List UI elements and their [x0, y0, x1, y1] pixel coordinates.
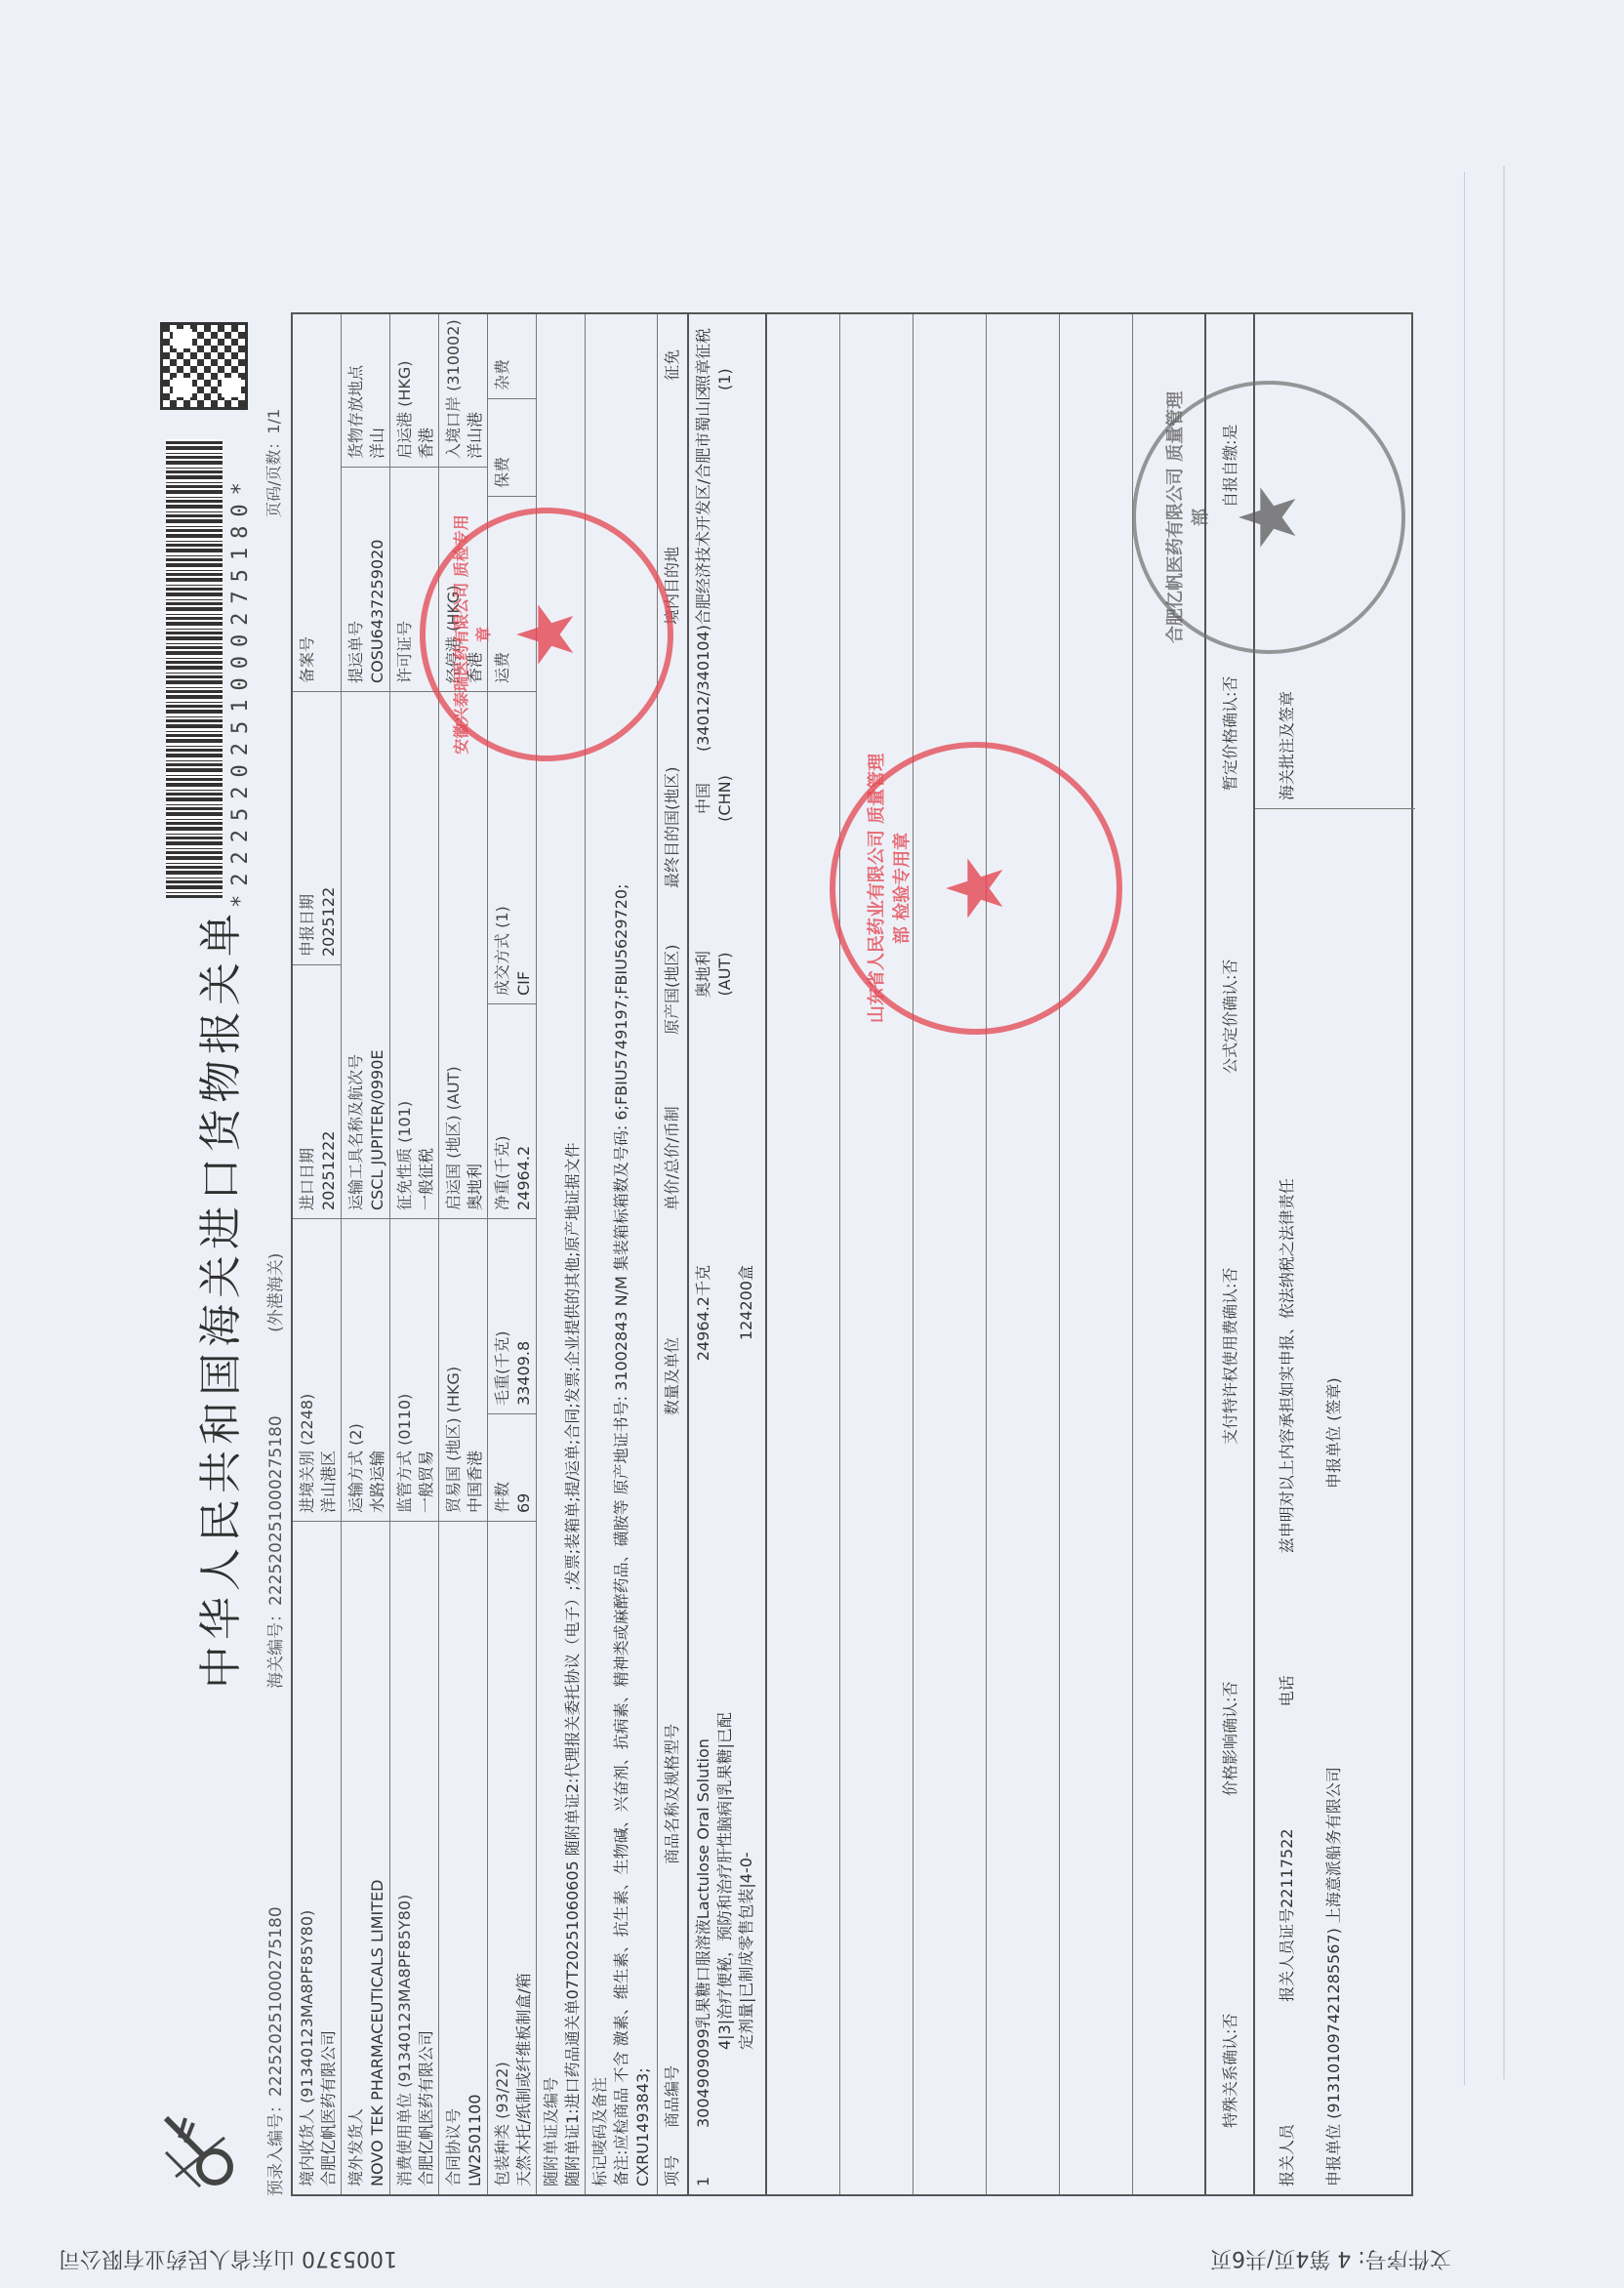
- table-row-empty: [987, 314, 1060, 2194]
- import-date-cell: 进口日期20251222: [293, 964, 341, 1218]
- bill-no-cell: 提运单号COSU6437259020: [342, 467, 389, 691]
- declaring-unit-seal: 申报单位 (签章): [1324, 1377, 1343, 1489]
- col-origin: 原产国(地区): [658, 906, 687, 1042]
- consumer-value: 合肥亿帆医药有限公司: [416, 1530, 437, 2186]
- net-weight-cell: 净重(千克)24964.2: [488, 1003, 536, 1218]
- declarant-line: 报关人员 报关人员证号22117522 电话 兹申明对以上内容承担如实申报、依法…: [1277, 817, 1298, 2186]
- quantity-cell: 24964.2千克 124200盒: [689, 1257, 765, 1452]
- declarant-label: 报关人员: [1278, 2124, 1296, 2186]
- col-tax: 征免: [658, 320, 687, 388]
- red-stamp-shandong: ★ 山东省人民药业有限公司 质量管理部 检验专用章: [830, 742, 1122, 1035]
- pieces-cell: 件数69: [488, 1413, 536, 1521]
- quantity-2: 124200盒: [736, 1265, 757, 1445]
- document-title: 中华人民共和国海关进口货物报关单: [185, 908, 248, 1689]
- goods-name-cell: 3004909099乳果糖口服溶液Lactulose Oral Solution…: [689, 1491, 765, 2136]
- insurance-cell: 保费: [488, 398, 536, 496]
- consignee-cell: 境内收货人 (91340123MA8PF85Y80)合肥亿帆医药有限公司: [293, 1521, 341, 2194]
- gross-weight-value: 33409.8: [513, 1227, 535, 1406]
- customs-no-value: 222520251000275180: [266, 1415, 286, 1606]
- domestic-dest-value: (34012/340104)合肥经济技术开发区/合肥市蜀山区: [693, 396, 714, 752]
- transport-mode-value: 水路运输: [367, 1227, 388, 1513]
- scan-edge: [1503, 166, 1505, 2079]
- declare-date-label: 申报日期: [297, 700, 318, 957]
- final-dest-value: 中国: [693, 767, 714, 830]
- tax-cell: 照章征税 (1): [689, 310, 765, 398]
- file-sequence: 文件序号: 4 第4页/共6页: [1210, 2245, 1451, 2275]
- form-row-shipper: 境外发货人NOVO TEK PHARMACEUTICALS LIMITED 运输…: [342, 314, 390, 2194]
- special-relation-confirm: 特殊关系确认:否: [1206, 1892, 1253, 2136]
- package-label: 包装种类 (93/22): [492, 1530, 513, 2186]
- consignee-label: 境内收货人 (91340123MA8PF85Y80): [297, 1530, 318, 2186]
- barcode-text: *222520251000275180*: [228, 473, 253, 908]
- transport-name-value: CSCL JUPITER/0990E: [367, 700, 388, 1210]
- entry-place-value: 洋山港: [465, 318, 486, 459]
- contract-cell: 合同协议号LW2501100: [439, 1521, 487, 2194]
- goods-name: 乳果糖口服溶液Lactulose Oral Solution: [694, 1738, 712, 2028]
- declare-date-value: 2025122: [318, 700, 340, 957]
- shipper-label: 境外发货人: [345, 1530, 367, 2186]
- transport-name-label: 运输工具名称及航次号: [345, 700, 367, 1210]
- declarant-id: 报关人员证号22117522: [1278, 1828, 1296, 2001]
- final-dest-code: (CHN): [714, 767, 736, 830]
- qr-code-icon: [160, 322, 248, 410]
- quantity-1: 24964.2千克: [693, 1265, 714, 1445]
- insurance-label: 保费: [492, 407, 513, 488]
- tax-nature-value: 一般征税: [416, 700, 437, 1210]
- misc-cell: 杂费: [488, 310, 536, 398]
- net-weight-label: 净重(千克): [492, 1012, 513, 1210]
- supervision-label: 监管方式 (0110): [394, 1227, 416, 1513]
- contract-value: LW2501100: [465, 1530, 486, 2186]
- tax-value: 照章征税: [693, 318, 714, 390]
- page-info: 页码/页数：1/1: [262, 409, 284, 517]
- scan-edge: [1464, 172, 1465, 2085]
- origin-value: 奥地利: [693, 933, 714, 1015]
- entry-place-cell: 入境口岸 (310002)洋山港: [439, 310, 487, 467]
- preentry-no-label: 预录入编号：: [266, 2097, 286, 2196]
- dest-port-value: 香港: [416, 318, 437, 459]
- supervision-cell: 监管方式 (0110)一般贸易: [390, 1218, 438, 1521]
- table-row-empty: [913, 314, 987, 2194]
- record-no-label: 备案号: [297, 318, 318, 683]
- trade-country-label: 贸易国 (地区) (HKG): [443, 1227, 465, 1513]
- item-no: 1: [689, 2155, 765, 2194]
- entry-port-value: 洋山港区: [318, 1227, 340, 1513]
- hs-code: 3004909099: [694, 2028, 712, 2128]
- star-icon: ★: [937, 853, 1015, 923]
- contract-label: 合同协议号: [443, 1530, 465, 2186]
- declare-date-cell: 申报日期2025122: [293, 691, 341, 964]
- star-icon: ★: [507, 599, 586, 670]
- shipper-value: NOVO TEK PHARMACEUTICALS LIMITED: [367, 1530, 388, 2186]
- col-quantity: 数量及单位: [658, 1287, 687, 1423]
- supervision-value: 一般贸易: [416, 1227, 437, 1513]
- gross-weight-label: 毛重(千克): [492, 1227, 513, 1406]
- customs-emblem-icon: [156, 2108, 244, 2196]
- dest-port-label: 启运港 (HKG): [394, 318, 416, 459]
- table-row: 1 3004909099乳果糖口服溶液Lactulose Oral Soluti…: [689, 314, 767, 2194]
- preentry-no-value: 222520251000275180: [266, 1906, 286, 2097]
- tax-nature-cell: 征免性质 (101)一般征税: [390, 691, 438, 1218]
- star-icon: ★: [1230, 482, 1308, 552]
- trade-country-cell: 贸易国 (地区) (HKG)中国香港: [439, 1218, 487, 1521]
- col-name-spec: 商品名称及规格型号: [658, 1618, 687, 1872]
- form-row-consignee: 境内收货人 (91340123MA8PF85Y80)合肥亿帆医药有限公司 进境关…: [293, 314, 342, 2194]
- declaration-statement: 兹申明对以上内容承担如实申报、依法纳税之法律责任: [1278, 1178, 1296, 1553]
- shipper-cell: 境外发货人NOVO TEK PHARMACEUTICALS LIMITED: [342, 1521, 389, 2194]
- stamp-text: 安徽兴泰瑞医药有限公司 质检专用章: [449, 513, 494, 756]
- declarant-cell: 报关人员 报关人员证号22117522 电话 兹申明对以上内容承担如实申报、依法…: [1255, 808, 1415, 2194]
- transport-name-cell: 运输工具名称及航次号CSCL JUPITER/0990E: [342, 691, 389, 1218]
- formula-pricing-confirm: 公式定价确认:否: [1206, 838, 1253, 1082]
- col-price: 单价/总价/币制: [658, 1062, 687, 1218]
- customs-declaration-sheet: 中华人民共和国海关进口货物报关单 *222520251000275180* 页码…: [146, 283, 1444, 2235]
- col-final-dest: 最终目的国(地区): [658, 720, 687, 896]
- table-row-empty: [840, 314, 913, 2194]
- spec-line-1: 4|3|治疗便秘，预防和治疗肝性脑病|乳果糖|已配: [714, 1499, 736, 2128]
- final-dest-cell: 中国 (CHN): [689, 759, 765, 838]
- table-row-empty: [767, 314, 840, 2194]
- net-weight-value: 24964.2: [513, 1012, 535, 1210]
- pieces-value: 69: [513, 1422, 535, 1513]
- grey-stamp-quality: ★ 合肥亿帆医药有限公司 质量管理部: [1132, 381, 1405, 654]
- barcode: [166, 439, 223, 898]
- title-row: 中华人民共和国海关进口货物报关单 *222520251000275180* 页码…: [146, 283, 293, 2235]
- preentry-no: 预录入编号：222520251000275180: [262, 1906, 286, 2196]
- bill-no-label: 提运单号: [345, 475, 367, 683]
- pieces-label: 件数: [492, 1422, 513, 1513]
- royalty-confirm: 支付特许权使用费确认:否: [1206, 1160, 1253, 1452]
- declaring-unit: 申报单位 (91310109742128556​7) 上海意派船务有限公司: [1324, 1767, 1343, 2186]
- transport-mode-cell: 运输方式 (2)水路运输: [342, 1218, 389, 1521]
- bill-no-value: COSU6437259020: [367, 475, 388, 683]
- tax-code: (1): [714, 318, 736, 390]
- customs-office-note: (外港海关): [266, 1253, 286, 1332]
- phone-label: 电话: [1278, 1675, 1296, 1706]
- transport-mode-label: 运输方式 (2): [345, 1227, 367, 1513]
- origin-country-cell: 启运国 (地区) (AUT)奥地利: [439, 691, 487, 1218]
- domestic-dest-cell: (34012/340104)合肥经济技术开发区/合肥市蜀山区: [689, 388, 765, 759]
- origin-cell: 奥地利 (AUT): [689, 925, 765, 1023]
- license-no-label: 许可证号: [394, 475, 416, 683]
- table-row-empty: [1060, 314, 1133, 2194]
- customs-no: 海关编号：222520251000275180 (外港海关): [262, 1253, 286, 1689]
- cargo-location-label: 货物存放地点: [345, 318, 367, 459]
- package-cell: 包装种类 (93/22)天然木托/纸制或纤维板制盒/箱: [488, 1521, 536, 2194]
- consumer-cell: 消费使用单位 (91340123MA8PF85Y80)合肥亿帆医药有限公司: [390, 1521, 438, 2194]
- origin-code: (AUT): [714, 933, 736, 1015]
- import-date-label: 进口日期: [297, 973, 318, 1210]
- entry-port-label: 进境关别 (2248): [297, 1227, 318, 1513]
- misc-label: 杂费: [492, 318, 513, 390]
- hs-and-name: 3004909099乳果糖口服溶液Lactulose Oral Solution: [693, 1499, 714, 2128]
- dest-port-cell: 启运港 (HKG)香港: [390, 310, 438, 467]
- red-stamp-anhui: ★ 安徽兴泰瑞医药有限公司 质检专用章: [420, 508, 673, 761]
- stamp-text: 山东省人民药业有限公司 质量管理部 检验专用章: [863, 748, 913, 1029]
- declaring-unit-line: 申报单位 (91310109742128556​7) 上海意派船务有限公司 申报…: [1323, 817, 1345, 2186]
- origin-country-label: 启运国 (地区) (AUT): [443, 700, 465, 1210]
- col-hs-code: 商品编号: [658, 2019, 687, 2136]
- consignee-value: 合肥亿帆医药有限公司: [318, 1530, 340, 2186]
- col-item-no: 项号: [658, 2136, 687, 2194]
- tax-nature-label: 征免性质 (101): [394, 700, 416, 1210]
- cargo-location-cell: 货物存放地点洋山: [342, 310, 389, 467]
- entry-place-label: 入境口岸 (310002): [443, 318, 465, 459]
- import-date-value: 20251222: [318, 973, 340, 1210]
- origin-country-value: 奥地利: [465, 700, 486, 1210]
- spec-line-2: 定剂量|已制成零售包装|4-0-: [736, 1499, 757, 2128]
- record-no-cell: 备案号: [293, 310, 341, 691]
- trade-country-value: 中国香港: [465, 1227, 486, 1513]
- cargo-location-value: 洋山: [367, 318, 388, 459]
- customs-no-label: 海关编号：: [266, 1606, 286, 1689]
- gross-weight-cell: 毛重(千克)33409.8: [488, 1218, 536, 1413]
- package-value: 天然木托/纸制或纤维板制盒/箱: [513, 1530, 535, 2186]
- consumer-label: 消费使用单位 (91340123MA8PF85Y80): [394, 1530, 416, 2186]
- stamp-text: 合肥亿帆医药有限公司 质量管理部: [1161, 385, 1212, 650]
- company-footer: 1005370 山东省人民药业有限公司: [59, 2245, 397, 2275]
- entry-port-cell: 进境关别 (2248)洋山港区: [293, 1218, 341, 1521]
- price-influence-confirm: 价格影响确认:否: [1206, 1560, 1253, 1804]
